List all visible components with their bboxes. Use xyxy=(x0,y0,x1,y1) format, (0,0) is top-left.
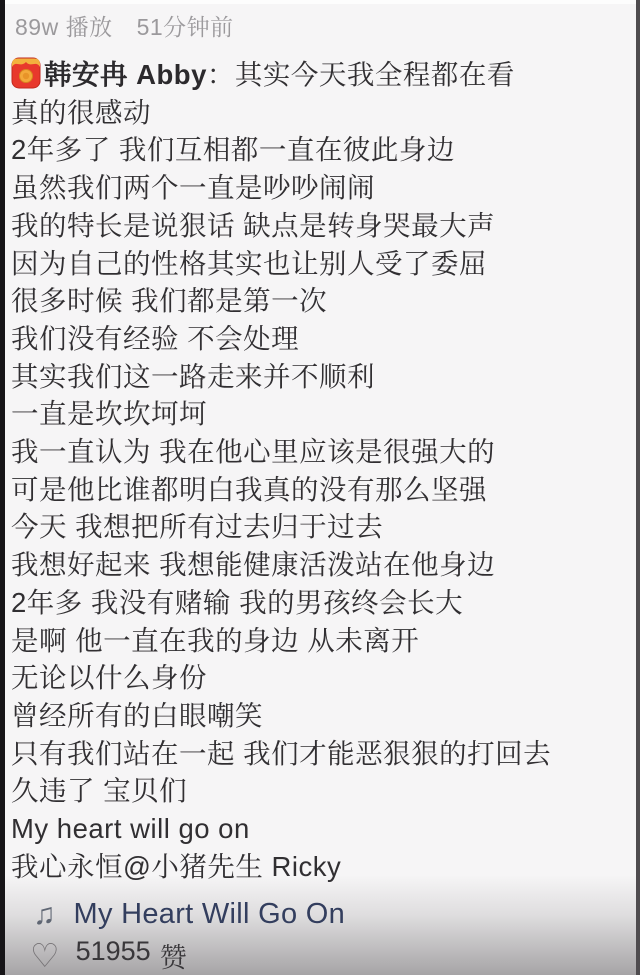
post-line: 我心永恒@小猪先生 Ricky xyxy=(11,848,628,886)
post-line: 只有我们站在一起 我们才能恶狠狠的打回去 xyxy=(11,735,628,773)
post-line: 可是他比谁都明白我真的没有那么坚强 xyxy=(11,471,628,509)
video-frame-right-edge xyxy=(636,0,640,975)
post-line: 我一直认为 我在他心里应该是很强大的 xyxy=(11,433,628,471)
author-caption-start: ：其实今天我全程都在看 xyxy=(207,59,515,90)
timestamp: 51分钟前 xyxy=(137,9,234,42)
post-line: 2年多 我没有赌输 我的男孩终会长大 xyxy=(11,584,628,622)
red-envelope-icon xyxy=(11,57,41,89)
post-line: 2年多了 我们互相都一直在彼此身边 xyxy=(11,131,628,169)
author-line: 韩安冉 Abby：其实今天我全程都在看 xyxy=(11,56,628,94)
post-line: 曾经所有的白眼嘲笑 xyxy=(11,697,628,735)
post-line: 真的很感动 xyxy=(11,94,628,132)
music-track-title: My Heart Will Go On xyxy=(74,898,346,931)
post-line: 很多时候 我们都是第一次 xyxy=(11,282,628,320)
post-line: 今天 我想把所有过去归于过去 xyxy=(11,508,628,546)
post-line: 我们没有经验 不会处理 xyxy=(11,320,628,358)
post-line: 一直是坎坎坷坷 xyxy=(11,395,628,433)
post-line: My heart will go on xyxy=(11,810,628,848)
video-frame-left-edge xyxy=(0,0,5,975)
post-line: 虽然我们两个一直是吵吵闹闹 xyxy=(11,169,628,207)
post-line: 久违了 宝贝们 xyxy=(11,772,628,810)
post-body: 韩安冉 Abby：其实今天我全程都在看 真的很感动 2年多了 我们互相都一直在彼… xyxy=(11,56,628,885)
post-line: 我想好起来 我想能健康活泼站在他身边 xyxy=(11,546,628,584)
like-count: 51955 xyxy=(76,936,151,975)
play-count: 89w 播放 xyxy=(15,9,113,42)
post-line: 我的特长是说狠话 缺点是转身哭最大声 xyxy=(11,207,628,245)
post-line: 其实我们这一路走来并不顺利 xyxy=(11,358,628,396)
post-line: 无论以什么身份 xyxy=(11,659,628,697)
music-track-link[interactable]: ♫ My Heart Will Go On xyxy=(33,898,345,931)
music-note-icon: ♫ xyxy=(33,900,56,930)
heart-outline-icon: ♡ xyxy=(30,939,60,972)
like-count-text: 51955 赞 xyxy=(76,936,187,975)
post-meta-row: 89w 播放 51分钟前 xyxy=(15,9,234,42)
like-label: 赞 xyxy=(160,936,187,975)
video-frame-top-edge xyxy=(0,0,640,4)
post-line: 因为自己的性格其实也让别人受了委屈 xyxy=(11,245,628,283)
post-line: 是啊 他一直在我的身边 从未离开 xyxy=(11,622,628,660)
like-button[interactable]: ♡ 51955 赞 xyxy=(30,936,187,975)
author-name[interactable]: 韩安冉 Abby xyxy=(44,59,207,90)
